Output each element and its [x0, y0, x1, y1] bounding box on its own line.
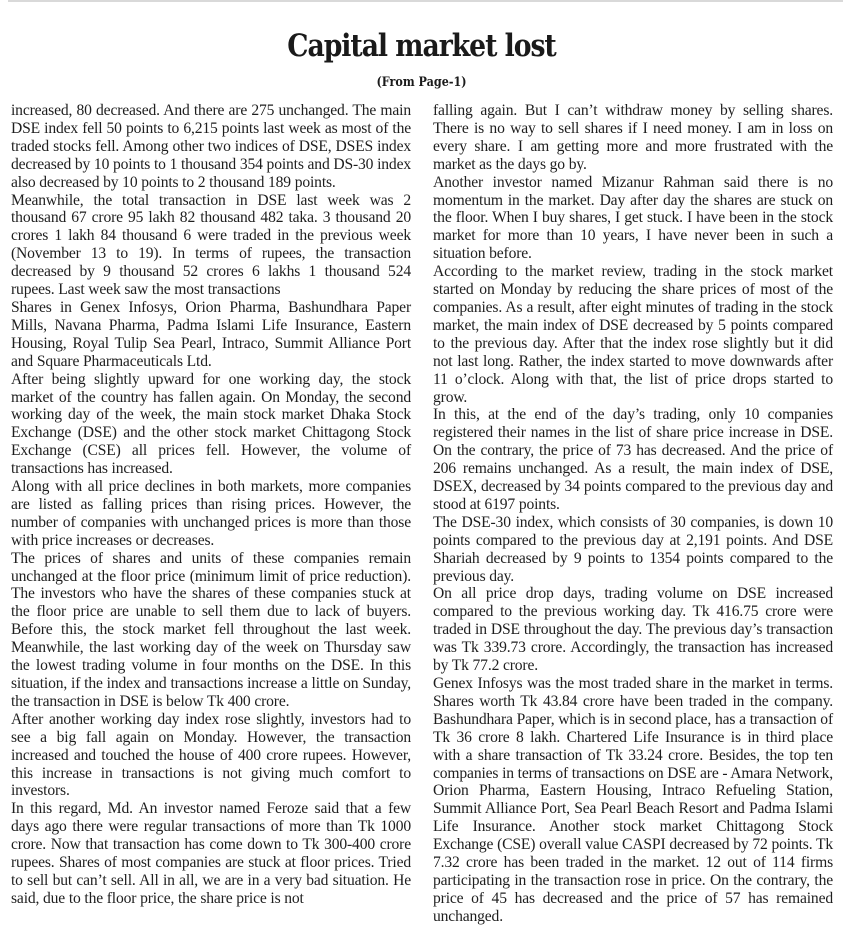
top-border-rule	[8, 0, 843, 2]
article-column-right: falling again. But I can’t withdraw mone…	[433, 102, 833, 926]
paragraph: Genex Infosys was the most traded share …	[433, 675, 833, 926]
paragraph: In this, at the end of the day’s trading…	[433, 406, 833, 513]
paragraph: Another investor named Mizanur Rahman sa…	[433, 174, 833, 264]
paragraph: In this regard, Md. An investor named Fe…	[11, 800, 411, 907]
paragraph: The prices of shares and units of these …	[11, 550, 411, 711]
paragraph: After being slightly upward for one work…	[11, 371, 411, 478]
paragraph: increased, 80 decreased. And there are 2…	[11, 102, 411, 192]
article-body: increased, 80 decreased. And there are 2…	[11, 102, 833, 926]
continuation-label: (From Page-1)	[59, 75, 784, 90]
article-headline: Capital market lost	[59, 28, 784, 64]
paragraph: On all price drop days, trading volume o…	[433, 585, 833, 675]
paragraph: falling again. But I can’t withdraw mone…	[433, 102, 833, 174]
paragraph: According to the market review, trading …	[433, 263, 833, 406]
paragraph: Meanwhile, the total transaction in DSE …	[11, 192, 411, 299]
paragraph: The DSE-30 index, which consists of 30 c…	[433, 514, 833, 586]
paragraph: After another working day index rose sli…	[11, 711, 411, 801]
paragraph: Shares in Genex Infosys, Orion Pharma, B…	[11, 299, 411, 371]
paragraph: Along with all price declines in both ma…	[11, 478, 411, 550]
article-column-left: increased, 80 decreased. And there are 2…	[11, 102, 411, 926]
